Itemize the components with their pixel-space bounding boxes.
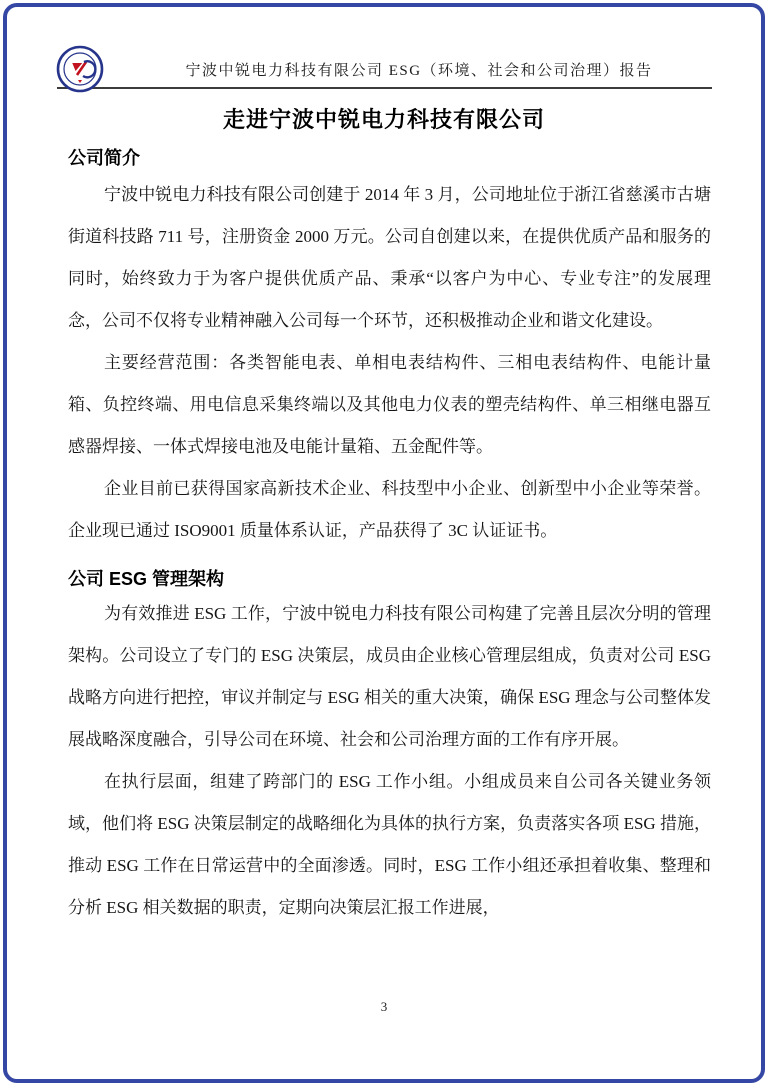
- paragraph-certifications: 企业目前已获得国家高新技术企业、科技型中小企业、创新型中小企业等荣誉。企业现已通…: [68, 468, 711, 552]
- company-emblem-icon: [56, 45, 104, 93]
- paragraph-esg-decision-layer: 为有效推进 ESG 工作，宁波中锐电力科技有限公司构建了完善且层次分明的管理架构…: [68, 593, 711, 761]
- paragraph-business-scope: 主要经营范围：各类智能电表、单相电表结构件、三相电表结构件、电能计量箱、负控终端…: [68, 342, 711, 468]
- page-number: 3: [0, 999, 768, 1015]
- header-divider: [57, 87, 712, 89]
- paragraph-esg-working-group: 在执行层面，组建了跨部门的 ESG 工作小组。小组成员来自公司各关键业务领域，他…: [68, 761, 711, 929]
- section-heading-esg-structure: 公司 ESG 管理架构: [68, 565, 711, 593]
- page-title: 走进宁波中锐电力科技有限公司: [0, 103, 768, 134]
- document-body: 公司简介 宁波中锐电力科技有限公司创建于 2014 年 3 月，公司地址位于浙江…: [68, 144, 711, 929]
- paragraph-company-founding: 宁波中锐电力科技有限公司创建于 2014 年 3 月，公司地址位于浙江省慈溪市古…: [68, 174, 711, 342]
- report-header-title: 宁波中锐电力科技有限公司 ESG（环境、社会和公司治理）报告: [130, 59, 708, 80]
- section-heading-company-intro: 公司简介: [68, 144, 711, 172]
